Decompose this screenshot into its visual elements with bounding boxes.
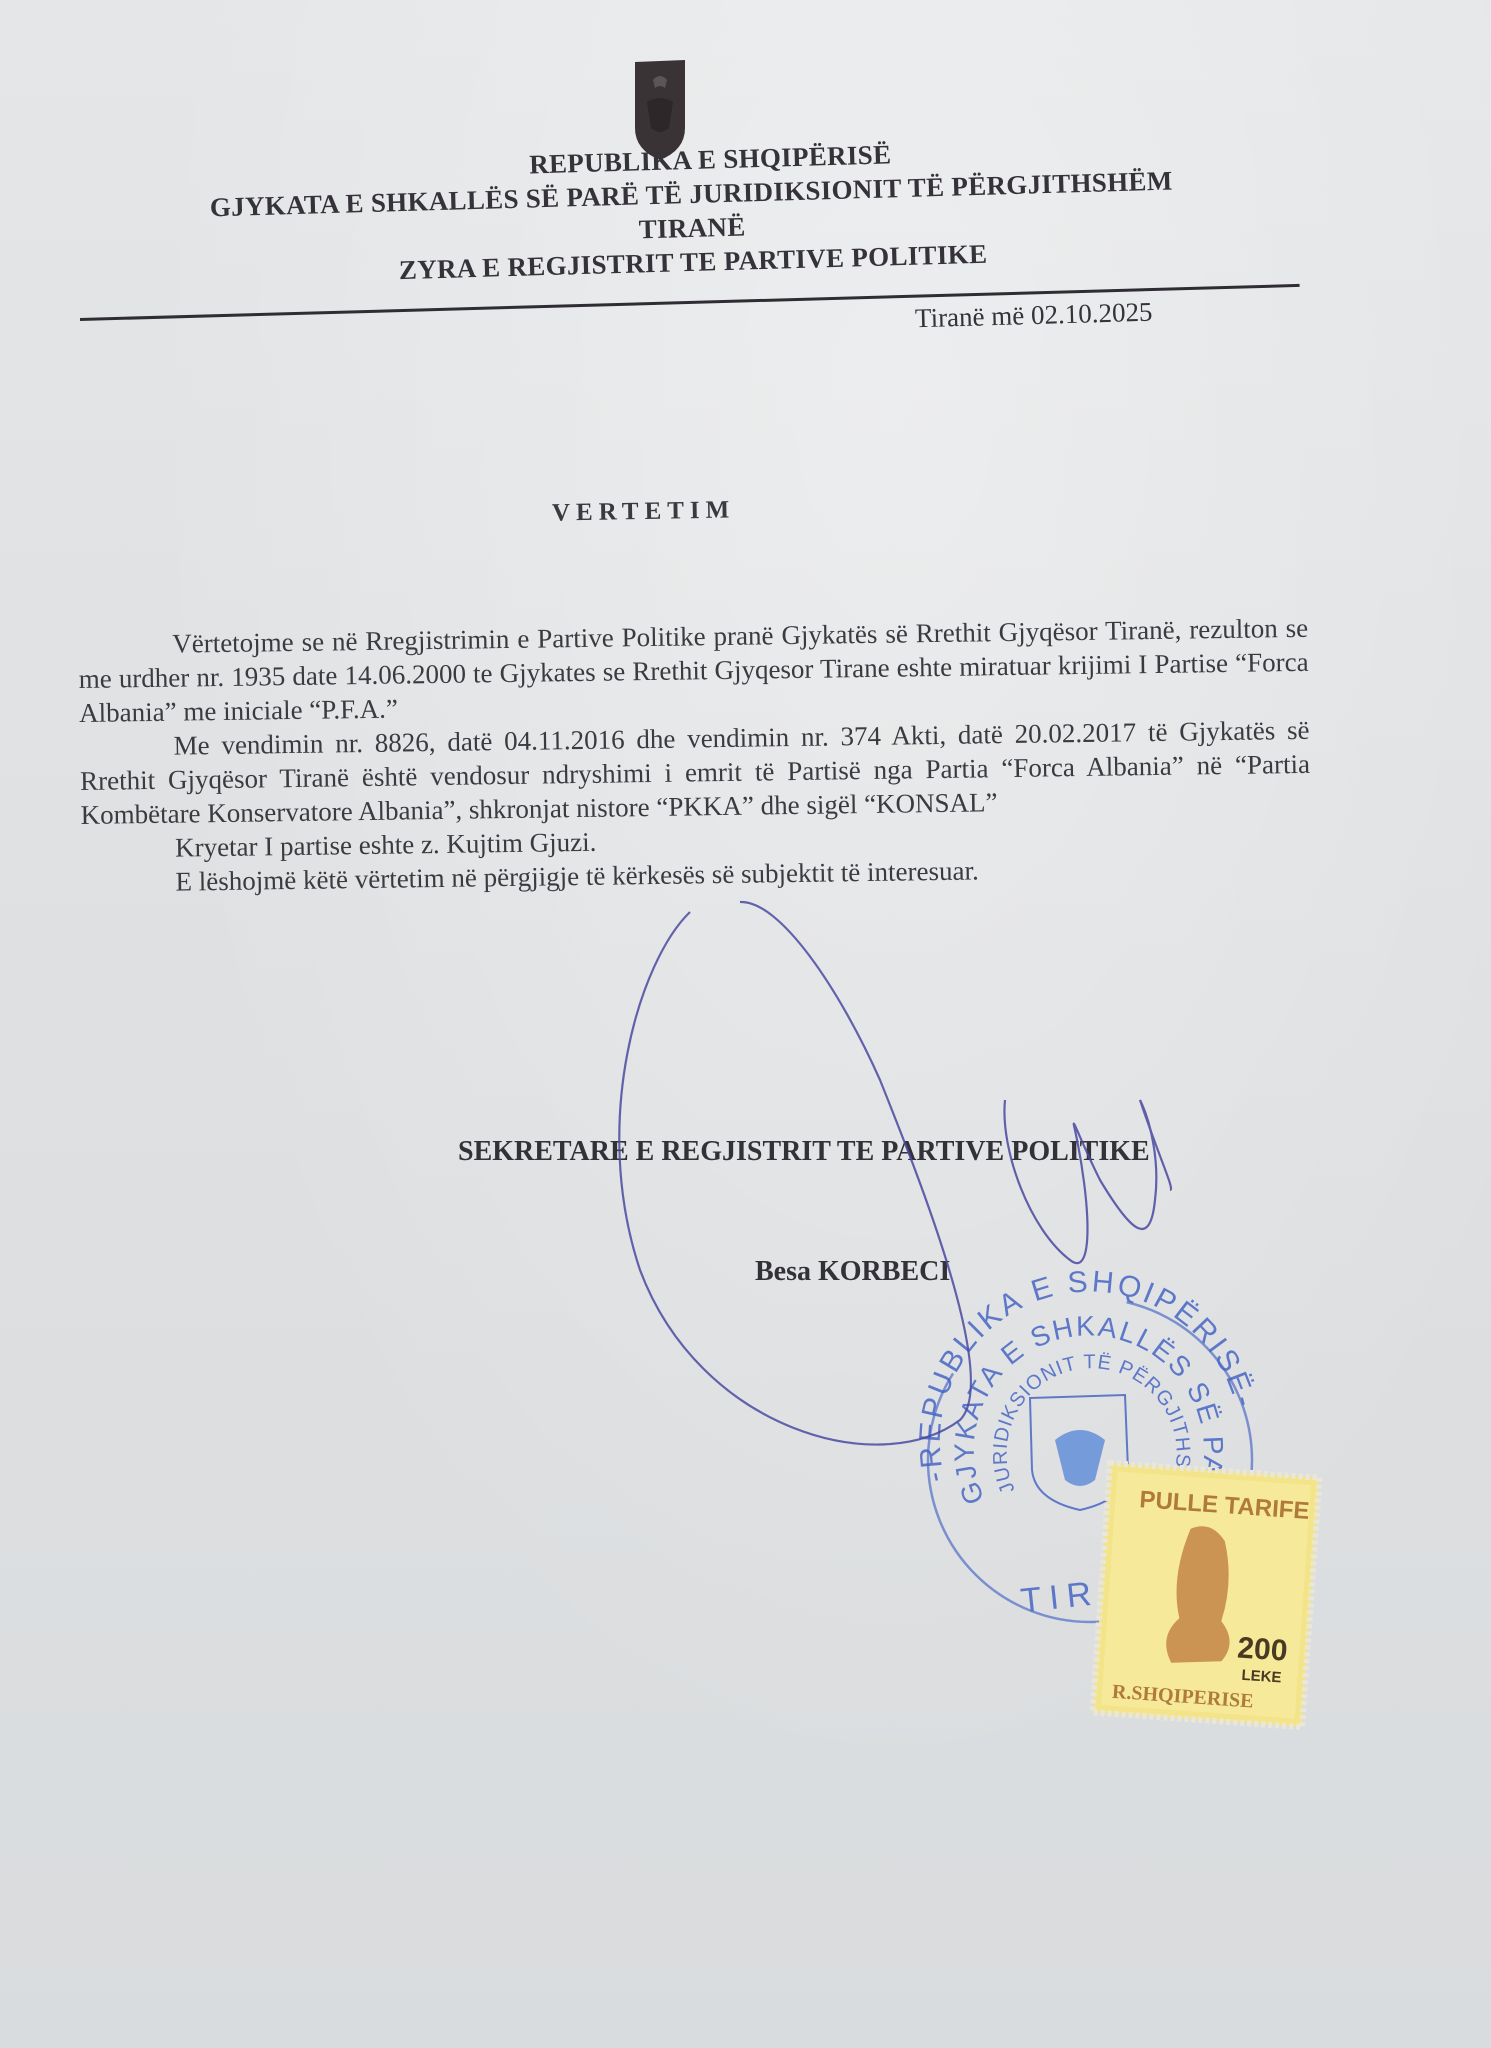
stamp-portrait-icon xyxy=(1165,1524,1238,1666)
document-page: REPUBLIKA E SHQIPËRISË GJYKATA E SHKALLË… xyxy=(0,0,1491,2048)
stamp-top-label: PULLE TARIFE xyxy=(1139,1486,1311,1525)
signatory-name: Besa KORBECI xyxy=(755,1256,950,1288)
handwritten-signature xyxy=(619,902,1171,1445)
seal-shield-icon xyxy=(1030,1395,1128,1510)
signatory-title: SEKRETARE E REGJISTRIT TE PARTIVE POLITI… xyxy=(458,1136,1150,1168)
paper-sheen xyxy=(0,0,1491,2048)
document-title: VERTETIM xyxy=(552,496,736,527)
document-header: REPUBLIKA E SHQIPËRISË GJYKATA E SHKALLË… xyxy=(80,126,1303,296)
seal-eagle-icon xyxy=(1055,1430,1105,1486)
stamp-value: 200 xyxy=(1236,1631,1288,1667)
seal-and-stamp-layer: -REPUBLIKA E SHQIPËRISË- GJYKATA E SHKAL… xyxy=(0,0,1491,2048)
revenue-stamp: PULLE TARIFE 200 LEKE R.SHQIPERISE xyxy=(1093,1463,1320,1727)
body-paragraph: Vërtetojme se në Rregjistrimin e Partive… xyxy=(78,611,1309,730)
seal-bottom-text: TIRANË xyxy=(1019,1564,1195,1620)
svg-text:-REPUBLIKA E SHQIPËRISË-: -REPUBLIKA E SHQIPËRISË- xyxy=(914,1265,1263,1485)
document-date: Tiranë më 02.10.2025 xyxy=(915,297,1153,335)
seal-outer-text: -REPUBLIKA E SHQIPËRISË- xyxy=(914,1265,1263,1485)
document-body: Vërtetojme se në Rregjistrimin e Partive… xyxy=(78,611,1312,900)
stamp-currency: LEKE xyxy=(1241,1667,1282,1687)
stamp-issuer: R.SHQIPERISE xyxy=(1111,1681,1254,1713)
body-paragraph: Me vendimin nr. 8826, datë 04.11.2016 dh… xyxy=(79,713,1310,832)
